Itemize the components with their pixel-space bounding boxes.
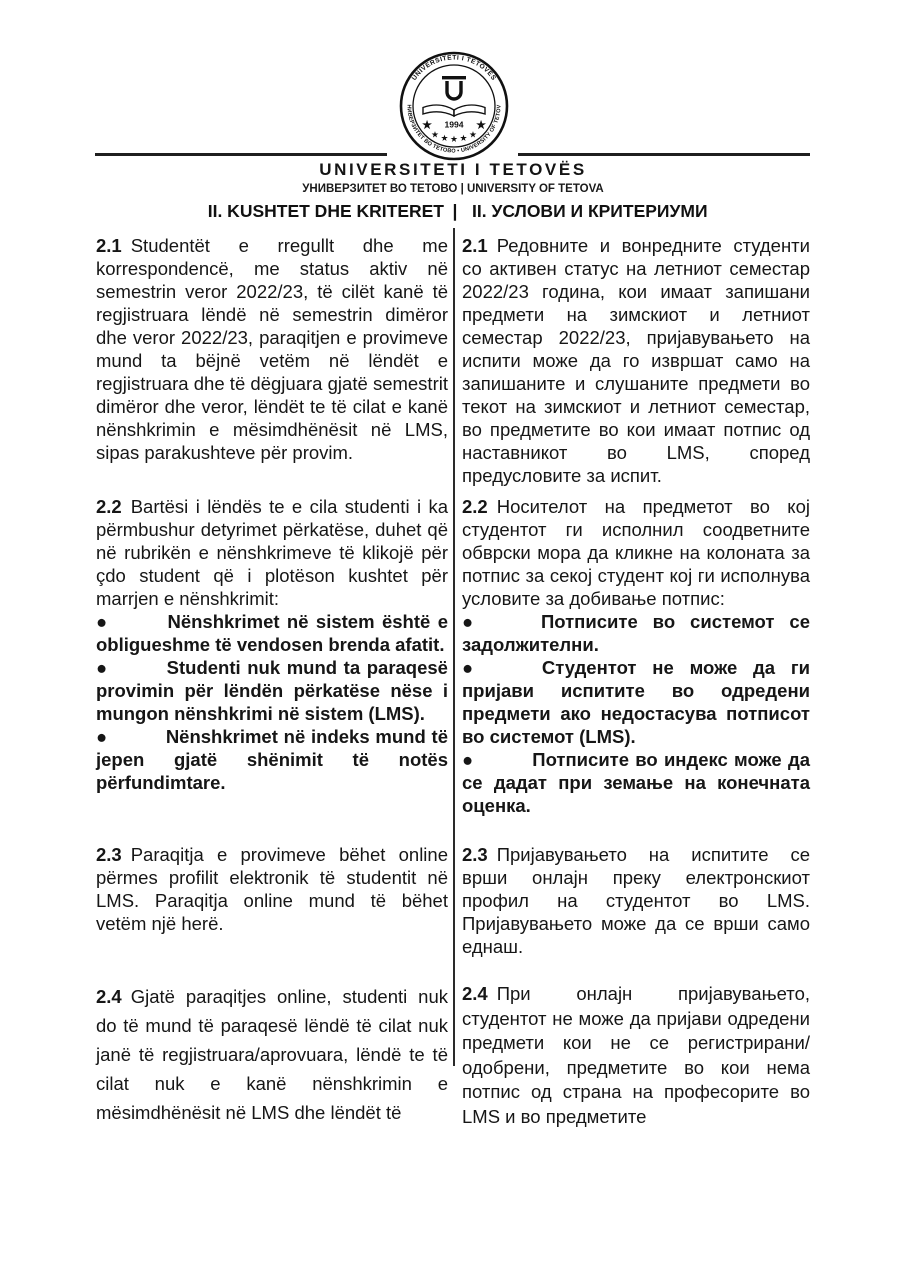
para-2-1-mk: 2.1Редовните и вонредните студенти со ак… <box>462 234 810 487</box>
bullet-icon: ● <box>96 657 109 678</box>
cell-2-1-sq: 2.1Studentët e rregullt dhe me korrespon… <box>96 234 448 464</box>
header-rule-left <box>95 153 387 156</box>
star-icon: ★ <box>451 135 459 144</box>
document-page: UNIVERSITETI I TETOVËS УНИВЕРЗИТЕТ ВО ТЕ… <box>0 0 906 1280</box>
bullet-text: Nënshkrimet në sistem është e obligueshm… <box>96 611 448 655</box>
document-header: UNIVERSITETI I TETOVËS УНИВЕРЗИТЕТ ВО ТЕ… <box>0 0 906 228</box>
star-icon: ★ <box>422 120 432 132</box>
bullet-icon: ● <box>462 657 484 678</box>
para-2-2-sq: 2.2Bartësi i lëndës te e cila studenti i… <box>96 495 448 610</box>
bullet-text: Студентот не може да ги пријави испитите… <box>462 657 810 747</box>
two-column-body: 2.1Studentët e rregullt dhe me korrespon… <box>96 234 810 1129</box>
cell-2-3-mk: 2.3Пријавувањето на испитите се врши онл… <box>462 843 810 958</box>
para-text: Gjatë paraqitjes online, studenti nuk do… <box>96 986 448 1123</box>
star-icon: ★ <box>470 130 478 139</box>
cell-2-4-sq: 2.4Gjatë paraqitjes online, studenti nuk… <box>96 982 448 1127</box>
cell-2-2-sq: 2.2Bartësi i lëndës te e cila studenti i… <box>96 495 448 794</box>
section-title-macedonian: II. УСЛОВИ И КРИТЕРИУМИ <box>462 201 708 222</box>
university-subtitle: УНИВЕРЗИТЕТ ВО ТЕТОВО | UNIVERSITY OF TE… <box>0 183 906 195</box>
seal-year: 1994 <box>444 120 463 130</box>
bullet-item: ●Studenti nuk mund ta paraqesë provimin … <box>96 656 448 725</box>
cell-2-1-mk: 2.1Редовните и вонредните студенти со ак… <box>462 234 810 487</box>
para-text: Носителот на предметот во кој студентот … <box>462 496 810 609</box>
bullet-text: Потписите во системот се задолжителни. <box>462 611 810 655</box>
column-divider <box>453 228 455 1066</box>
para-2-2-mk: 2.2Носителот на предметот во кој студент… <box>462 495 810 610</box>
bullet-icon: ● <box>96 726 108 747</box>
para-text: Paraqitja e provimeve bëhet online përme… <box>96 844 448 934</box>
bullet-item: ●Потписите во индекс може да се дадат пр… <box>462 748 810 817</box>
star-icon: ★ <box>441 134 449 143</box>
university-name: UNIVERSITETI I TETOVËS <box>0 160 906 180</box>
cell-2-2-mk: 2.2Носителот на предметот во кој студент… <box>462 495 810 817</box>
para-number: 2.2 <box>462 496 488 517</box>
bullet-icon: ● <box>96 611 109 632</box>
bullet-item: ●Nënshkrimet në sistem është e obliguesh… <box>96 610 448 656</box>
university-seal-logo: UNIVERSITETI I TETOVËS УНИВЕРЗИТЕТ ВО ТЕ… <box>398 50 510 162</box>
cell-2-3-sq: 2.3Paraqitja e provimeve bëhet online pë… <box>96 843 448 935</box>
para-text: Редовните и вонредните студенти со актив… <box>462 235 810 486</box>
star-icon: ★ <box>476 120 486 132</box>
para-number: 2.2 <box>96 496 122 517</box>
bullet-icon: ● <box>462 749 474 770</box>
para-2-3-sq: 2.3Paraqitja e provimeve bëhet online pë… <box>96 843 448 935</box>
para-text: Studentët e rregullt dhe me korresponden… <box>96 235 448 463</box>
star-icon: ★ <box>460 134 468 143</box>
header-rule-right <box>518 153 810 156</box>
para-text: Bartësi i lëndës te e cila studenti i ka… <box>96 496 448 609</box>
university-seal-icon: UNIVERSITETI I TETOVËS УНИВЕРЗИТЕТ ВО ТЕ… <box>398 50 510 162</box>
para-number: 2.1 <box>462 235 488 256</box>
para-number: 2.4 <box>462 983 488 1004</box>
para-number: 2.3 <box>462 844 488 865</box>
star-icon: ★ <box>432 130 440 139</box>
bullet-item: ●Nënshkrimet në indeks mund të jepen gja… <box>96 725 448 794</box>
para-text: При онлајн пријавувањето, студентот не м… <box>462 983 810 1127</box>
bullet-item: ●Студентот не може да ги пријави испитит… <box>462 656 810 748</box>
bullet-text: Studenti nuk mund ta paraqesë provimin p… <box>96 657 448 724</box>
bullet-item: ●Потписите во системот се задолжителни. <box>462 610 810 656</box>
para-number: 2.3 <box>96 844 122 865</box>
para-2-1-sq: 2.1Studentët e rregullt dhe me korrespon… <box>96 234 448 464</box>
section-heading: II. KUSHTET DHE KRITERET | II. УСЛОВИ И … <box>96 201 810 222</box>
bullet-text: Потписите во индекс може да се дадат при… <box>462 749 810 816</box>
para-2-4-sq: 2.4Gjatë paraqitjes online, studenti nuk… <box>96 982 448 1127</box>
para-text: Пријавувањето на испитите се врши онлајн… <box>462 844 810 957</box>
heading-separator: | <box>453 201 458 222</box>
para-number: 2.1 <box>96 235 122 256</box>
para-2-4-mk: 2.4При онлајн пријавувањето, студентот н… <box>462 982 810 1129</box>
bullet-icon: ● <box>462 611 483 632</box>
cell-2-4-mk: 2.4При онлајн пријавувањето, студентот н… <box>462 982 810 1129</box>
bullet-text: Nënshkrimet në indeks mund të jepen gjat… <box>96 726 448 793</box>
para-2-3-mk: 2.3Пријавувањето на испитите се врши онл… <box>462 843 810 958</box>
para-number: 2.4 <box>96 986 122 1007</box>
section-title-albanian: II. KUSHTET DHE KRITERET <box>208 201 448 222</box>
